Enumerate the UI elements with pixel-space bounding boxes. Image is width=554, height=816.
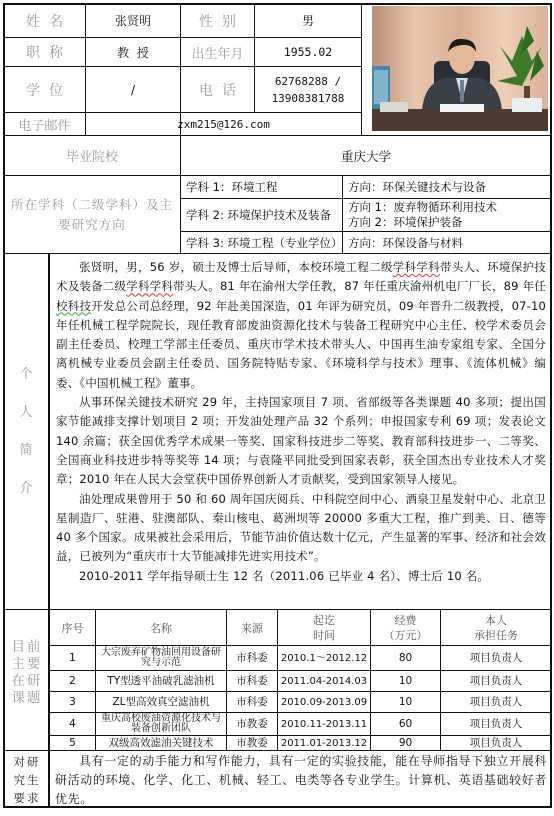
project-3-fund: 10 [371,692,440,712]
bio-label: 个 人 简 介 [4,254,48,609]
project-5-period: 2011.01-2013.12 [278,736,370,750]
discipline-2-directions: 方向 1：废弃物循环利用技术 方向 2：环境保护装备 [348,199,551,231]
col-header-source: 来源 [227,611,277,645]
project-5-no: 5 [50,736,95,750]
phone-mobile: 13908381788 [272,90,345,107]
bio-paragraph-4: 2010-2011 学年指导硕士生 12 名（2011.06 已毕业 4 名）、… [56,567,546,586]
project-4-no: 4 [50,713,95,735]
portrait-photo [372,6,548,131]
project-4-source: 市教委 [227,713,277,735]
project-1-name: 大宗废弃矿物油回用设备研究与示范 [100,646,222,670]
name-value: 张贤明 [86,4,180,37]
discipline-2-direction-2: 方向 2：环境保护装备 [348,215,462,230]
bio-label-char-4: 介 [19,470,32,508]
discipline-2-subject: 学科 2: 环境保护技术及装备 [186,199,342,231]
project-4-fund: 60 [371,713,440,735]
phone-office: 62768288 / [275,73,341,90]
project-5-name: 双级高效滤油关键技术 [96,736,226,750]
bio-label-char-2: 人 [19,394,32,432]
project-3-source: 市科委 [227,692,277,712]
portrait-image [372,6,548,131]
requirements-text: 具有一定的动手能力和写作能力，具有一定的实验技能，能在导师指导下独立开展科研活动… [55,752,547,808]
project-4-name: 重庆高校废油资源化技术与装备创新团队 [100,713,222,735]
phone-value: 62768288 / 13908381788 [255,67,361,112]
project-1-fund: 80 [371,646,440,670]
project-3-role: 项目负责人 [441,692,551,712]
bio-paragraph-1: 张贤明，男，56 岁，硕士及博士后导师，本校环境工程二级学科学科带头人、环境保护… [56,258,546,393]
col-header-period: 起讫 时间 [278,611,370,645]
title-value: 教 授 [86,38,180,66]
title-label: 职 称 [4,38,85,66]
project-1-no: 1 [50,646,95,670]
projects-label: 目前主要在研课题 [10,610,44,735]
gender-label: 性 别 [181,4,254,37]
birth-value: 1955.02 [255,38,361,66]
project-3-period: 2010.09-2013.09 [278,692,370,712]
col-header-name: 名称 [96,611,226,645]
discipline-3-subject: 学科 3: 环境工程（专业学位） [186,232,342,253]
project-2-role: 项目负责人 [441,671,551,691]
degree-label: 学 位 [4,67,85,112]
discipline-1-subject: 学科 1：环境工程 [186,176,342,198]
bio-label-char-1: 个 [19,356,32,394]
discipline-3-direction: 方向：环保设备与材料 [348,232,551,253]
degree-value: / [86,67,180,112]
school-value: 重庆大学 [181,136,551,175]
project-1-period: 2010.1～2012.12 [278,646,370,670]
birth-label: 出生年月 [181,38,254,66]
requirements-label: 对研究生要求 [12,751,42,808]
project-2-source: 市科委 [227,671,277,691]
name-label: 姓 名 [4,4,85,37]
project-1-source: 市科委 [227,646,277,670]
school-label: 毕业院校 [4,136,180,175]
email-value: zxm215@126.com [86,113,361,135]
phone-label: 电 话 [181,67,254,112]
project-5-source: 市教委 [227,736,277,750]
gender-value: 男 [255,4,361,37]
project-4-role: 项目负责人 [441,713,551,735]
project-2-period: 2011.04-2014.03 [278,671,370,691]
bio-text: 张贤明，男，56 岁，硕士及博士后导师，本校环境工程二级学科学科带头人、环境保护… [56,258,546,608]
project-3-name: ZL型高效真空滤油机 [96,692,226,712]
discipline-2-direction-1: 方向 1：废弃物循环利用技术 [348,200,497,215]
discipline-label: 所在学科（二级学科）及主要研究方向 [8,176,176,253]
project-1-role: 项目负责人 [441,646,551,670]
bio-label-char-3: 简 [19,432,32,470]
bio-paragraph-2: 从事环保关键技术研究 29 年，主持国家项目 7 项、省部级等各类课题 40 多… [56,393,546,489]
project-5-fund: 90 [371,736,440,750]
col-header-fund: 经费 （万元） [371,611,440,645]
project-2-no: 2 [50,671,95,691]
col-header-role: 本人 承担任务 [441,611,551,645]
email-label: 电子邮件 [4,113,85,135]
project-3-no: 3 [50,692,95,712]
col-header-no: 序号 [50,611,95,645]
discipline-1-direction: 方向：环保关键技术与设备 [348,176,551,198]
project-2-name: TY型透平油破乳滤油机 [96,671,226,691]
project-4-period: 2010.11-2013.11 [278,713,370,735]
project-2-fund: 10 [371,671,440,691]
bio-paragraph-3: 油处理成果曾用于 50 和 60 周年国庆阅兵、中科院空间中心、酒泉卫星发射中心… [56,490,546,567]
project-5-role: 项目负责人 [441,736,551,750]
